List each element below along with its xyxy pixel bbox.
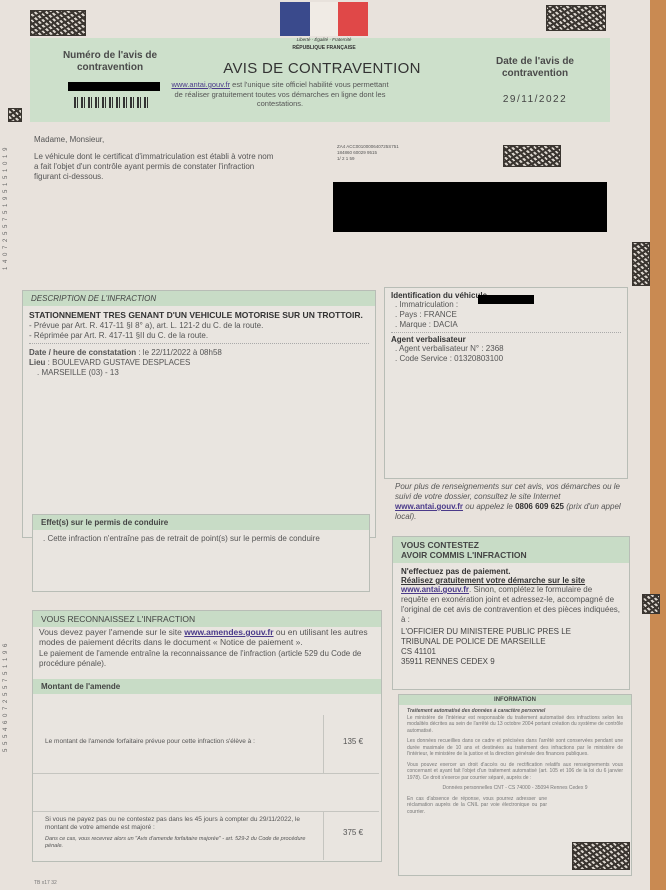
contest-header: VOUS CONTESTEZ AVOIR COMMIS L'INFRACTION [393, 537, 629, 563]
acknowledge-box: VOUS RECONNAISSEZ L'INFRACTION Vous deve… [32, 610, 382, 862]
infraction-line: - Réprimée par Art. R. 417-11 §II du C. … [29, 331, 369, 344]
standard-amount-text: Le montant de l'amende forfaitaire prévu… [45, 737, 325, 747]
datamatrix-code [8, 108, 22, 122]
infraction-line: - Prévue par Art. R. 417-11 §I 8° a), ar… [29, 321, 369, 331]
no-payment-notice: N'effectuez pas de paiement. [401, 567, 621, 576]
infraction-city: . MARSEILLE (03) - 13 [29, 368, 369, 378]
increased-amount-text: Si vous ne payez pas ou ne contestez pas… [45, 816, 315, 832]
vehicle-brand: . Marque : DACIA [391, 320, 621, 333]
barcode [74, 97, 148, 108]
information-address: Données personnelles CNT - CS 74000 - 35… [407, 785, 623, 792]
antai-link[interactable]: www.antai.gouv.fr [401, 585, 469, 594]
effects-text: . Cette infraction n'entraîne pas de ret… [33, 530, 369, 548]
datamatrix-code [632, 242, 650, 286]
information-paragraph: Les données recueillies dans ce cadre et… [407, 738, 623, 758]
salutation: Madame, Monsieur, [34, 135, 104, 145]
agent-header: Agent verbalisateur [391, 335, 621, 344]
vehicle-box: Identification du véhicule . Immatricula… [384, 287, 628, 479]
information-header: INFORMATION [399, 695, 631, 705]
datamatrix-code [642, 594, 660, 614]
phone-number: 0806 609 625 [515, 502, 564, 511]
payment-consequence: Le paiement de l'amende entraîne la reco… [39, 649, 375, 669]
contest-box: VOUS CONTESTEZ AVOIR COMMIS L'INFRACTION… [392, 536, 630, 690]
contest-text: www.antai.gouv.fr. Sinon, complétez le f… [401, 585, 621, 625]
intro-text: www.antai.gouv.fr est l'unique site offi… [170, 80, 390, 109]
vehicle-country: . Pays : FRANCE [391, 310, 621, 320]
acknowledge-header: VOUS RECONNAISSEZ L'INFRACTION [33, 611, 381, 627]
infraction-box: DESCRIPTION DE L'INFRACTION STATIONNEMEN… [22, 290, 376, 538]
standard-amount-value: 135 € [343, 737, 363, 746]
information-paragraph: En cas d'absence de réponse, vous pourre… [407, 796, 547, 816]
side-code: 5 5 5 4 6 0 7 2 5 5 7 5 1 1 9 6 [3, 643, 9, 752]
information-paragraph: Vous pouvez exercer un droit d'accès ou … [407, 762, 623, 782]
date-label: Date de l'avis de contravention [480, 56, 590, 80]
redacted-plate [478, 295, 534, 304]
datamatrix-code [503, 145, 561, 167]
infraction-date: Date / heure de constatation : le 22/11/… [29, 348, 369, 358]
datamatrix-code [546, 5, 606, 31]
notice-document: Liberté · Égalité · Fraternité RÉPUBLIQU… [0, 0, 650, 890]
infraction-header: DESCRIPTION DE L'INFRACTION [23, 291, 375, 306]
page-title: AVIS DE CONTRAVENTION [222, 60, 422, 77]
effects-header: Effet(s) sur le permis de conduire [33, 515, 369, 530]
logo-motto: Liberté · Égalité · Fraternité [280, 37, 368, 42]
redacted-address [333, 182, 607, 232]
online-procedure: Réalisez gratuitement votre démarche sur… [401, 576, 621, 585]
agent-service-code: . Code Service : 01320803100 [391, 354, 621, 364]
infraction-place: Lieu : BOULEVARD GUSTAVE DESPLACES [29, 358, 369, 368]
antai-link[interactable]: www.antai.gouv.fr [395, 502, 463, 511]
redacted-notice-number [68, 82, 160, 91]
infraction-title: STATIONNEMENT TRES GENANT D'UN VEHICULE … [29, 310, 369, 321]
reference-codes: ZA4 ACC0010000640725S751 184860 60029 95… [337, 144, 399, 162]
information-paragraph: Le ministère de l'intérieur est responsa… [407, 715, 623, 735]
increased-amount-note: Dans ce cas, vous recevrez alors un "Avi… [45, 836, 315, 850]
agent-number: . Agent verbalisateur N° : 2368 [391, 344, 621, 354]
datamatrix-code [30, 10, 86, 36]
notice-number-label: Numéro de l'avis de contravention [60, 50, 160, 74]
increased-amount-value: 375 € [343, 828, 363, 837]
side-code: 1 4 0 7 2 5 5 7 5 1 9 5 1 5 1 0 1 9 [3, 147, 9, 270]
payment-instructions: Vous devez payer l'amende sur le site ww… [39, 627, 375, 647]
datamatrix-code [572, 842, 630, 870]
antai-link[interactable]: www.antai.gouv.fr [171, 80, 230, 89]
contest-address: L'OFFICIER DU MINISTERE PUBLIC PRES LE T… [401, 627, 621, 667]
amendes-link[interactable]: www.amendes.gouv.fr [184, 627, 273, 637]
republic-logo: Liberté · Égalité · Fraternité RÉPUBLIQU… [280, 2, 368, 54]
footer-code: TB x17 32 [34, 880, 57, 886]
logo-country: RÉPUBLIQUE FRANÇAISE [280, 45, 368, 51]
letter-text: Le véhicule dont le certificat d'immatri… [34, 152, 279, 182]
increased-amount-row: Si vous ne payez pas ou ne contestez pas… [33, 811, 379, 860]
standard-amount-row: Le montant de l'amende forfaitaire prévu… [33, 715, 379, 774]
amount-header: Montant de l'amende [33, 679, 381, 694]
more-info-text: Pour plus de renseignements sur cet avis… [395, 482, 627, 522]
notice-date: 29/11/2022 [480, 94, 590, 105]
license-effects-box: Effet(s) sur le permis de conduire . Cet… [32, 514, 370, 592]
